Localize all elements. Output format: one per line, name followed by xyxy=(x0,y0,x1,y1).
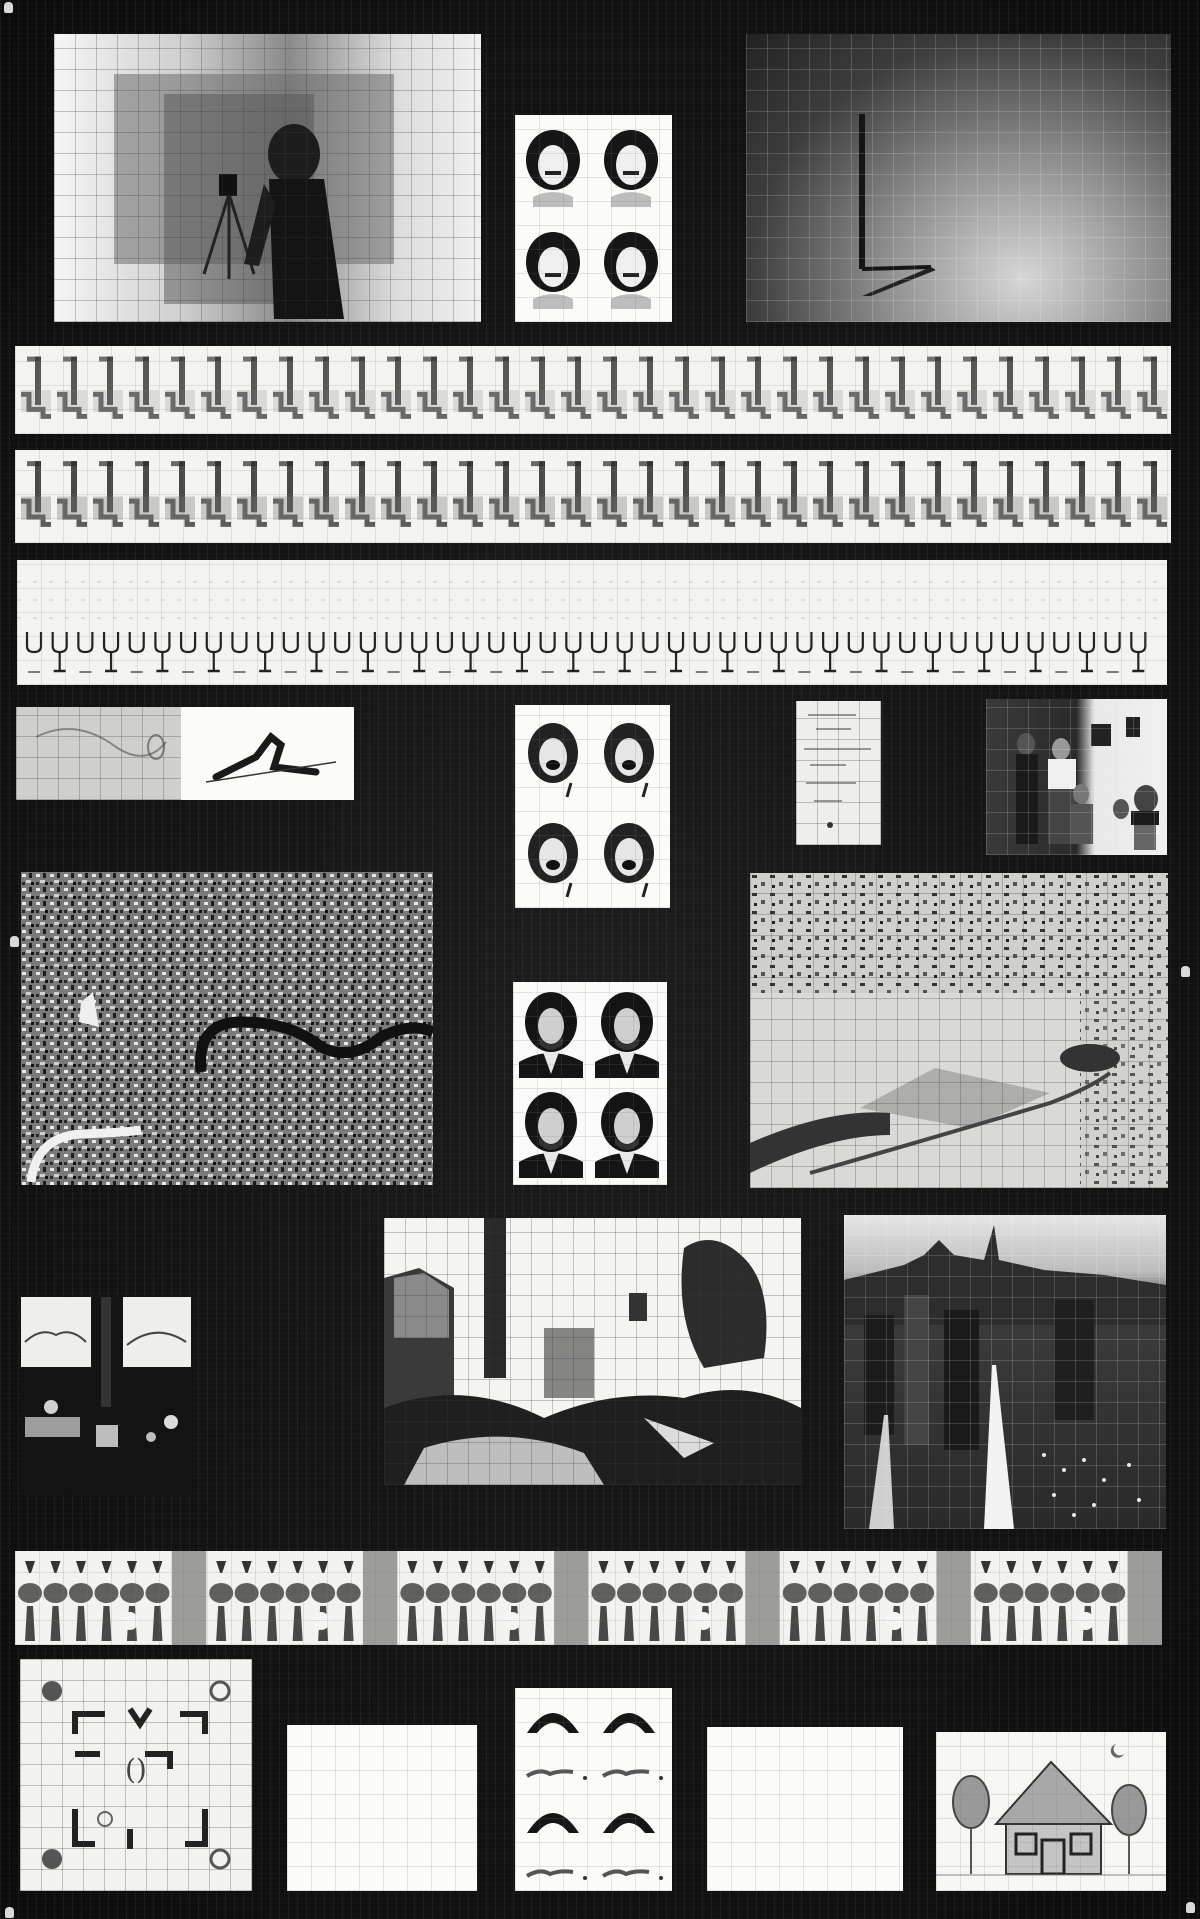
family-photo xyxy=(986,699,1167,855)
collage-board: () xyxy=(0,0,1200,1919)
ruins-photo xyxy=(384,1218,801,1485)
photo-booth-2 xyxy=(515,705,670,908)
skyline-photo xyxy=(844,1215,1166,1529)
lit-avenue xyxy=(984,1365,1014,1529)
pin-bottom-left xyxy=(5,1907,14,1918)
pin-mid-left xyxy=(10,936,19,947)
studio-photo xyxy=(54,34,481,322)
tree-right xyxy=(1112,1785,1146,1835)
photo-booth-4 xyxy=(515,1688,672,1891)
house-roof xyxy=(996,1762,1111,1824)
aerial-plan xyxy=(750,873,1168,1188)
night-scene xyxy=(21,1297,193,1495)
sketch-strip xyxy=(16,707,354,800)
house-drawing xyxy=(936,1732,1166,1891)
plan-glyph: () xyxy=(125,1753,147,1786)
photo-booth-1 xyxy=(515,115,672,322)
tree-left xyxy=(953,1776,989,1828)
filmstrip-pattern xyxy=(15,1551,1162,1645)
band-steps-1 xyxy=(15,346,1171,434)
pin-top-left xyxy=(4,2,13,13)
floor-plan: () xyxy=(20,1659,252,1891)
pin-mid-right xyxy=(1181,966,1190,977)
house-wall xyxy=(1006,1824,1101,1874)
pin-bottom-right xyxy=(1186,1902,1195,1913)
city-map-river xyxy=(21,872,433,1185)
band-glasses xyxy=(17,560,1167,685)
band-steps-2 xyxy=(15,450,1171,543)
handwritten-note xyxy=(796,701,881,845)
moon-icon xyxy=(1111,1744,1124,1758)
portrait-grid xyxy=(515,115,672,322)
corner-room-photo xyxy=(746,34,1171,322)
photo-booth-3 xyxy=(513,982,667,1185)
blank-grid-2 xyxy=(707,1727,903,1891)
blank-grid-1 xyxy=(287,1725,477,1891)
left-screen xyxy=(21,1297,91,1367)
